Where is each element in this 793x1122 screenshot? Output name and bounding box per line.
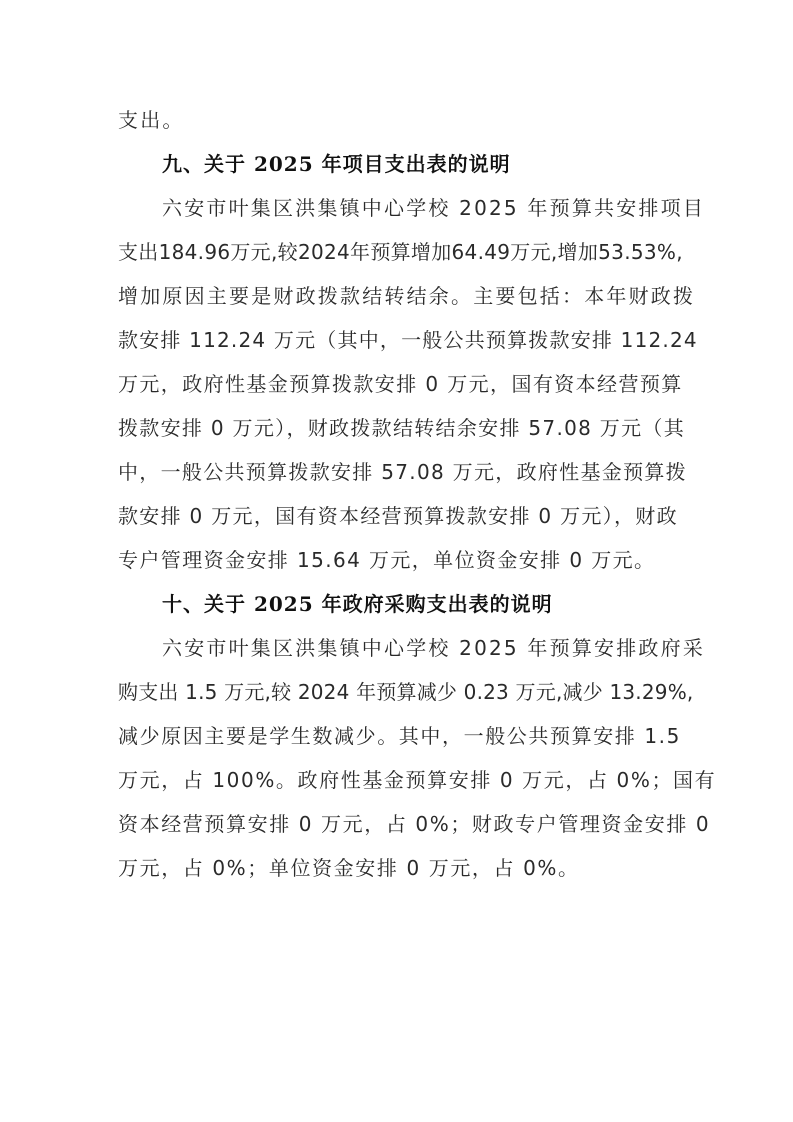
- section-heading-9: 九、关于 2025 年项目支出表的说明: [162, 152, 722, 176]
- paragraph-first-line: 六安市叶集区洪集镇中心学校 2025 年预算安排政府采: [162, 636, 722, 660]
- document-page: 支出。 九、关于 2025 年项目支出表的说明 六安市叶集区洪集镇中心学校 20…: [0, 0, 793, 1122]
- body-text-line: 支出184.96万元,较2024年预算增加64.49万元,增加53.53%,: [118, 240, 678, 264]
- body-text-line: 资本经营预算安排 0 万元，占 0%；财政专户管理资金安排 0: [118, 812, 678, 836]
- paragraph-first-line: 六安市叶集区洪集镇中心学校 2025 年预算共安排项目: [162, 196, 722, 220]
- section-heading-10: 十、关于 2025 年政府采购支出表的说明: [162, 592, 722, 616]
- body-text-line: 款安排 0 万元，国有资本经营预算拨款安排 0 万元），财政: [118, 504, 678, 528]
- body-text-line: 减少原因主要是学生数减少。其中，一般公共预算安排 1.5: [118, 724, 678, 748]
- body-text-line: 款安排 112.24 万元（其中，一般公共预算拨款安排 112.24: [118, 328, 678, 352]
- body-text-line: 支出。: [118, 108, 678, 132]
- body-text-line: 中，一般公共预算拨款安排 57.08 万元，政府性基金预算拨: [118, 460, 678, 484]
- body-text-line: 拨款安排 0 万元），财政拨款结转结余安排 57.08 万元（其: [118, 416, 678, 440]
- body-text-line: 万元，占 100%。政府性基金预算安排 0 万元，占 0%；国有: [118, 768, 678, 792]
- body-text-line: 万元，政府性基金预算拨款安排 0 万元，国有资本经营预算: [118, 372, 678, 396]
- body-text-line: 购支出 1.5 万元,较 2024 年预算减少 0.23 万元,减少 13.29…: [118, 680, 678, 704]
- body-text-line: 万元，占 0%；单位资金安排 0 万元，占 0%。: [118, 856, 678, 880]
- body-text-line: 专户管理资金安排 15.64 万元，单位资金安排 0 万元。: [118, 548, 678, 572]
- body-text-line: 增加原因主要是财政拨款结转结余。主要包括：本年财政拨: [118, 284, 678, 308]
